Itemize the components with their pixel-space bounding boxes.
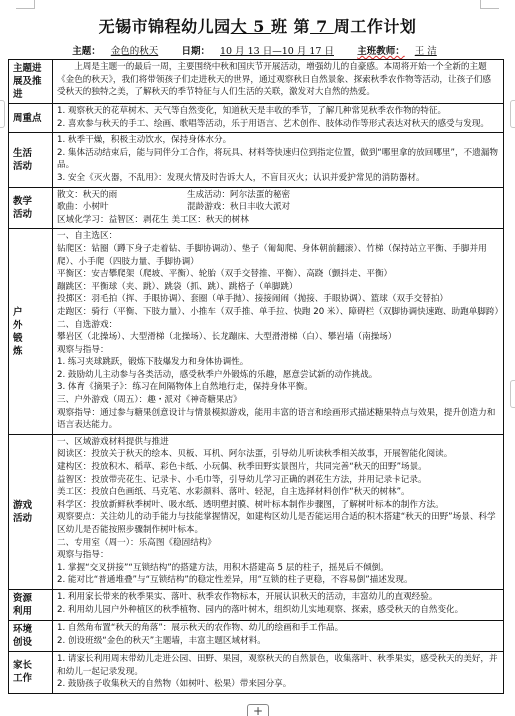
subheading: 三、户外游戏（周五）：趣・派对《神奇糖果店》 — [57, 394, 499, 407]
row-label: 游戏 活动 — [9, 434, 53, 589]
list-item: 1. 请家长利用周末带幼儿走进公园、田野、果园，观察秋天的自然景色，收集落叶、秋… — [57, 653, 499, 678]
label-line: 主题进 — [13, 62, 48, 75]
list-item: 2. 喜欢参与秋天的手工、绘画、歌唱等活动，乐于用语言、艺术创作、肢体动作等形式… — [57, 118, 499, 131]
row-label: 资源 利用 — [9, 589, 53, 620]
plan-meta: 主题：金色的秋天 日期：10 月 13 日—10 月 17 日 主班教师：王 洁 — [0, 43, 515, 57]
label-line: 利用 — [13, 605, 48, 618]
activity-pair: 散文：秋天的雨 生成活动：阿尔法蛋的秘密 — [57, 189, 499, 202]
table-row-theme-progress: 主题进 展及推 进 上周是主题一的最后一周，主要围绕中秋和国庆节开展活动，增强幼… — [9, 60, 504, 104]
row-content[interactable]: 上周是主题一的最后一周，主要围绕中秋和国庆节开展活动，增强幼儿的自豪感。本周将开… — [53, 60, 504, 104]
label-line: 游戏 — [13, 499, 48, 512]
list-item: 3. 安全《灭火器，不乱用》：发现火情及时告诉大人，不盲目灭火；认识并爱护常见的… — [57, 172, 499, 185]
theme-value: 金色的秋天 — [105, 46, 165, 57]
table-row-teaching: 教学 活动 散文：秋天的雨 生成活动：阿尔法蛋的秘密 歌曲：小树叶 混龄游戏：秋… — [9, 187, 504, 229]
list-item: 科学区：投放新鲜秋季树叶、吸水纸、透明塑封膜、树叶标本制作步骤图，了解树叶标本的… — [57, 499, 499, 512]
activity-item: 混龄游戏：秋日丰收大派对 — [187, 201, 290, 214]
list-item: 1. 自然角布置“秋天的角落”：展示秋天的农作物、幼儿的绘画和手工作品。 — [57, 622, 499, 635]
right-side-handle[interactable] — [510, 380, 515, 408]
row-content[interactable]: 一、区域游戏材料提供与推进 阅读区：投放关于秋天的绘本、贝板、耳机、阿尔法蛋，引… — [53, 434, 504, 589]
row-label: 生活 活动 — [9, 133, 53, 187]
list-item: 1. 观察秋天的花草树木、天气等自然变化，知道秋天是丰收的季节，了解几种常见秋季… — [57, 105, 499, 118]
activity-item: 生成活动：阿尔法蛋的秘密 — [187, 189, 290, 202]
list-item: 1. 练习夹球跳跃，锻炼下肢爆发力和身体协调性。 — [57, 356, 499, 369]
list-item: 走跑区：骑行（平衡、下肢力量）、小推车（双手推、单手拉、快跑 20 米）、障碍栏… — [57, 306, 499, 319]
row-content[interactable]: 一、自主选区： 钻爬区：钻圈（蹲下身子走着钻、手脚协调动）、垫子（匍匐爬、身体朝… — [53, 229, 504, 435]
right-scroll-handle[interactable] — [510, 100, 515, 128]
list-item: 观察要点：关注幼儿的动手能力与技能掌握情况，如建构区幼儿是否能运用合适的积木搭建… — [57, 511, 499, 536]
label-line: 生活 — [13, 147, 48, 160]
label-line: 活动 — [13, 512, 48, 525]
label-line: 外 — [13, 319, 48, 332]
title-suffix: 周工作计划 — [334, 17, 417, 36]
subheading: 二、专用室（周一）：乐高图《稳固结构》 — [57, 537, 499, 550]
subheading: 一、自主选区： — [57, 230, 499, 243]
activity-item: 歌曲：小树叶 — [57, 201, 187, 214]
activity-item: 区域化学习：益智区：剥花生 美工区：秋天的树林 — [57, 214, 499, 227]
weekly-plan-table: 主题进 展及推 进 上周是主题一的最后一周，主要围绕中秋和国庆节开展活动，增强幼… — [8, 59, 504, 694]
teacher-value: 王 洁 — [409, 46, 443, 57]
row-content[interactable]: 1. 请家长利用周末带幼儿走进公园、田野、果园，观察秋天的自然景色，收集落叶、秋… — [53, 651, 504, 693]
list-item: 2. 集体活动结束后，能与同伴分工合作，将玩具、材料等快速归位到指定位置，做到“… — [57, 147, 499, 172]
label-line: 家长 — [13, 659, 48, 672]
class-name: 大 5 — [231, 17, 271, 36]
list-item: 2. 利用幼儿园户外种植区的秋季植物、园内的落叶树木，组织幼儿实地观察、探索，感… — [57, 604, 499, 617]
list-item: 2. 能对比“普通堆叠”与“互锁结构”的稳定性差异，用“互锁的柱子更稳，不容易倒… — [57, 574, 499, 587]
label-line: 环境 — [13, 623, 48, 636]
subheading: 二、自选游戏： — [57, 319, 499, 332]
page-corner-mark — [16, 0, 35, 9]
row-content[interactable]: 散文：秋天的雨 生成活动：阿尔法蛋的秘密 歌曲：小树叶 混龄游戏：秋日丰收大派对… — [53, 187, 504, 229]
list-item: 1. 掌握“交叉拼接”“互锁结构”的搭建方法，用积木搭建高 5 层的柱子，摇晃后… — [57, 562, 499, 575]
label-line: 资源 — [13, 592, 48, 605]
label-line: 炼 — [13, 345, 48, 358]
date-label: 日期： — [181, 46, 210, 57]
add-row-button[interactable]: + — [247, 704, 269, 716]
list-item: 2. 鼓励幼儿主动参与各类活动，感受秋季户外锻炼的乐趣，愿意尝试新的动作挑战。 — [57, 369, 499, 382]
activity-item: 散文：秋天的雨 — [57, 189, 187, 202]
document-title: 无锡市锦程幼儿园大 5 班 第 7 周工作计划 — [0, 14, 515, 37]
subheading: 一、区域游戏材料提供与推进 — [57, 436, 499, 449]
label-line: 教学 — [13, 195, 48, 208]
teacher-label: 主班教师： — [357, 46, 405, 57]
date-value: 10 月 13 日—10 月 17 日 — [214, 46, 340, 57]
label-line: 锻 — [13, 332, 48, 345]
list-item: 观察指导：通过参与糖果创意设计与情景模拟游戏，能用丰富的语言和绘画形式描述糖果特… — [57, 407, 499, 432]
list-item: 1. 秋季干燥，积极主动饮水，保持身体水分。 — [57, 134, 499, 147]
list-item: 蹦跳区：平衡球（夹、跳）、跳袋（抓、跳）、跳格子（单脚跳） — [57, 281, 499, 294]
page-corner-mark — [480, 0, 499, 9]
table-row-parent-work: 家长 工作 1. 请家长利用周末带幼儿走进公园、田野、果园，观察秋天的自然景色，… — [9, 651, 504, 693]
list-item: 建构区：投放积木、稻草、彩色卡纸、小玩偶、秋季田野实景图片，共同完善“秋天的田野… — [57, 461, 499, 474]
list-item: 益智区：投放带壳花生、记录卡、小毛巾等，引导幼儿学习正确的剥花生方法，并用记录卡… — [57, 474, 499, 487]
subheading: 观察与指导： — [57, 549, 499, 562]
label-line: 活动 — [13, 208, 48, 221]
row-label: 主题进 展及推 进 — [9, 60, 53, 104]
row-label: 环境 创设 — [9, 620, 53, 651]
title-text: 班 第 — [271, 17, 310, 36]
row-label: 家长 工作 — [9, 651, 53, 693]
list-item: 美工区：投放白色画纸、马克笔、水彩颜料、落叶、轻泥，自主选择材料创作“秋天的树林… — [57, 486, 499, 499]
left-scroll-handle[interactable] — [0, 100, 5, 128]
label-line: 活动 — [13, 160, 48, 173]
list-item: 平衡区：安吉攀爬架（爬坡、平衡）、轮胎（双手交替推、平衡）、高跷（颤抖走、平衡） — [57, 268, 499, 281]
label-line: 周重点 — [13, 112, 48, 125]
table-row-play-activities: 游戏 活动 一、区域游戏材料提供与推进 阅读区：投放关于秋天的绘本、贝板、耳机、… — [9, 434, 504, 589]
paragraph: 上周是主题一的最后一周，主要围绕中秋和国庆节开展活动，增强幼儿的自豪感。本周将开… — [57, 61, 499, 99]
label-line: 工作 — [13, 672, 48, 685]
list-item: 攀岩区（北操场）、大型滑梯（北操场）、长龙蹦床、大型滑滑梯（白）、攀岩墙（南操场… — [57, 331, 499, 344]
table-row-resources: 资源 利用 1. 利用家长带来的秋季果实、落叶、秋季农作物标本，开展认识秋天的活… — [9, 589, 504, 620]
row-content[interactable]: 1. 利用家长带来的秋季果实、落叶、秋季农作物标本，开展认识秋天的活动，丰富幼儿… — [53, 589, 504, 620]
theme-label: 主题： — [72, 46, 101, 57]
list-item: 2. 鼓励孩子收集秋天的自然物（如树叶、松果）带来园分享。 — [57, 678, 499, 691]
activity-pair: 歌曲：小树叶 混龄游戏：秋日丰收大派对 — [57, 201, 499, 214]
table-row-weekly-focus: 周重点 1. 观察秋天的花草树木、天气等自然变化，知道秋天是丰收的季节，了解几种… — [9, 104, 504, 133]
table-row-outdoor-exercise: 户 外 锻 炼 一、自主选区： 钻爬区：钻圈（蹲下身子走着钻、手脚协调动）、垫子… — [9, 229, 504, 435]
label-line: 创设 — [13, 636, 48, 649]
row-label: 户 外 锻 炼 — [9, 229, 53, 435]
label-line: 展及推 — [13, 75, 48, 88]
subheading: 观察与指导： — [57, 344, 499, 357]
row-content[interactable]: 1. 秋季干燥，积极主动饮水，保持身体水分。 2. 集体活动结束后，能与同伴分工… — [53, 133, 504, 187]
list-item: 钻爬区：钻圈（蹲下身子走着钻、手脚协调动）、垫子（匍匐爬、身体朝前翻滚）、竹梯（… — [57, 243, 499, 268]
table-row-environment: 环境 创设 1. 自然角布置“秋天的角落”：展示秋天的农作物、幼儿的绘画和手工作… — [9, 620, 504, 651]
list-item: 阅读区：投放关于秋天的绘本、贝板、耳机、阿尔法蛋，引导幼儿听读秋季相关故事，开展… — [57, 448, 499, 461]
table-row-daily-life: 生活 活动 1. 秋季干燥，积极主动饮水，保持身体水分。 2. 集体活动结束后，… — [9, 133, 504, 187]
row-content[interactable]: 1. 自然角布置“秋天的角落”：展示秋天的农作物、幼儿的绘画和手工作品。 2. … — [53, 620, 504, 651]
label-line: 户 — [13, 306, 48, 319]
list-item: 1. 利用家长带来的秋季果实、落叶、秋季农作物标本，开展认识秋天的活动，丰富幼儿… — [57, 591, 499, 604]
list-item: 3. 体育《摘果子》：练习在间隔物体上自然地行走，保持身体平衡。 — [57, 381, 499, 394]
row-label: 周重点 — [9, 104, 53, 133]
row-label: 教学 活动 — [9, 187, 53, 229]
list-item: 2. 创设班级“金色的秋天”主题墙，丰富主题区域材料。 — [57, 635, 499, 648]
label-line: 进 — [13, 88, 48, 101]
list-item: 投掷区：羽毛拍（挥、手眼协调）、套圈（单手抛）、接接闹闹（抛接、手眼协调）、篮球… — [57, 293, 499, 306]
school-name: 无锡市锦程幼儿园 — [99, 17, 231, 36]
row-content[interactable]: 1. 观察秋天的花草树木、天气等自然变化，知道秋天是丰收的季节，了解几种常见秋季… — [53, 104, 504, 133]
week-number: 7 — [310, 17, 334, 36]
